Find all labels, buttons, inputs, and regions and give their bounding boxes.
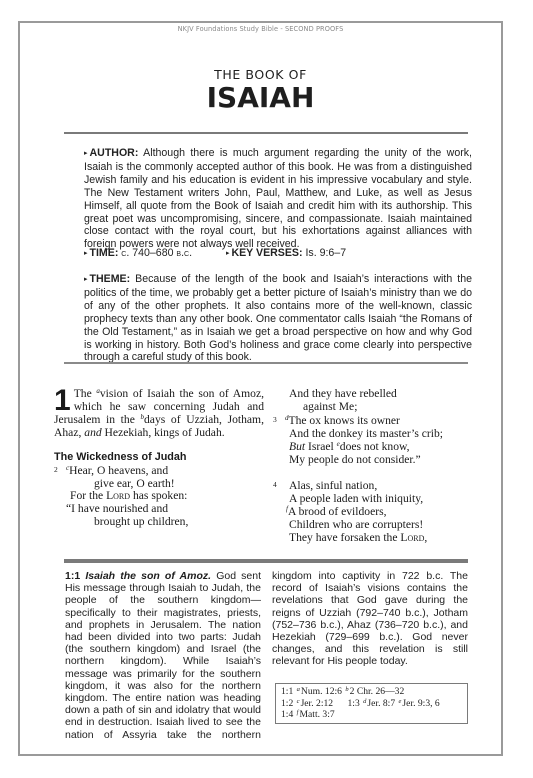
bullet-triangle-icon: ▸	[84, 276, 88, 283]
book-title: ISAIAH	[20, 81, 501, 114]
verse-2: 2cHear, O heavens, and give ear, O earth…	[54, 464, 264, 530]
intro-theme: ▸THEME: Because of the length of the boo…	[84, 273, 472, 364]
verse-1: 1The avision of Isaiah the son of Amoz, …	[54, 388, 264, 440]
study-note-left: 1:1 Isaiah the son of Amoz. God sent His…	[65, 570, 261, 741]
author-text: Although there is much argument regardin…	[84, 147, 472, 250]
xref-line: 1:2 cJer. 2:12 1:3 dJer. 8:7 eJer. 9:3, …	[281, 698, 462, 710]
key-verses-value: Is. 9:6–7	[303, 247, 347, 259]
study-notes-double-rule	[64, 559, 468, 563]
xref-link[interactable]: Jer. 8:7	[367, 698, 395, 709]
xref-link[interactable]: Jer. 9:3, 6	[402, 698, 439, 709]
theme-label: THEME:	[90, 273, 131, 285]
study-note-text-cont: kingdom into captivity in 722 b.c. The r…	[272, 570, 468, 667]
bullet-triangle-icon: ▸	[84, 250, 88, 257]
section-heading: The Wickedness of Judah	[54, 451, 264, 464]
key-verses-label: KEY VERSES:	[231, 247, 302, 259]
verse-number: 3	[273, 414, 285, 427]
chapter-number: 1	[54, 389, 71, 413]
scripture-column-right: And they have rebelled against Me; 3dThe…	[273, 388, 483, 545]
scripture-column-left: 1The avision of Isaiah the son of Amoz, …	[54, 388, 264, 529]
scripture-top-rule	[64, 362, 468, 364]
time-label: TIME:	[90, 247, 119, 259]
xref-link[interactable]: Jer. 2:12	[301, 698, 334, 709]
study-note-right: kingdom into captivity in 722 b.c. The r…	[272, 570, 468, 668]
running-head: NKJV Foundations Study Bible - SECOND PR…	[20, 25, 501, 33]
time-value: c. 740–680 b.c.	[118, 247, 192, 259]
study-note-ref: 1:1	[65, 570, 80, 582]
xref-link[interactable]: 2 Chr. 26—32	[350, 686, 405, 697]
cross-reference-box: 1:1 aNum. 12:6 b2 Chr. 26—32 1:2 cJer. 2…	[275, 683, 468, 724]
xref-link[interactable]: Matt. 3:7	[299, 709, 334, 720]
verse-number: 2	[54, 464, 66, 477]
intro-author: ▸AUTHOR: Although there is much argument…	[84, 147, 472, 251]
bullet-triangle-icon: ▸	[84, 150, 88, 157]
bullet-triangle-icon: ▸	[226, 250, 230, 257]
lord-small-caps: Lord	[106, 489, 130, 502]
author-label: AUTHOR:	[90, 147, 139, 159]
xref-link[interactable]: Num. 12:6	[301, 686, 342, 697]
lord-small-caps: Lord	[400, 531, 424, 544]
xref-line: 1:1 aNum. 12:6 b2 Chr. 26—32	[281, 686, 462, 698]
study-note-heading: Isaiah the son of Amoz.	[85, 570, 211, 582]
xref-line: 1:4 fMatt. 3:7	[281, 709, 462, 721]
page-frame: NKJV Foundations Study Bible - SECOND PR…	[18, 21, 503, 756]
intro-top-rule	[64, 132, 468, 134]
intro-time-keyverses: ▸TIME: c. 740–680 b.c. ▸KEY VERSES: Is. …	[84, 247, 472, 261]
verse-4: 4Alas, sinful nation, A people laden wit…	[273, 479, 483, 545]
theme-text: Because of the length of the book and Is…	[84, 273, 472, 363]
book-title-prefix: THE BOOK OF	[20, 67, 501, 82]
study-note-text: God sent His message through Isaiah to J…	[65, 570, 261, 741]
verse-3: 3dThe ox knows its owner And the donkey …	[273, 414, 483, 467]
verse-number: 4	[273, 479, 289, 492]
